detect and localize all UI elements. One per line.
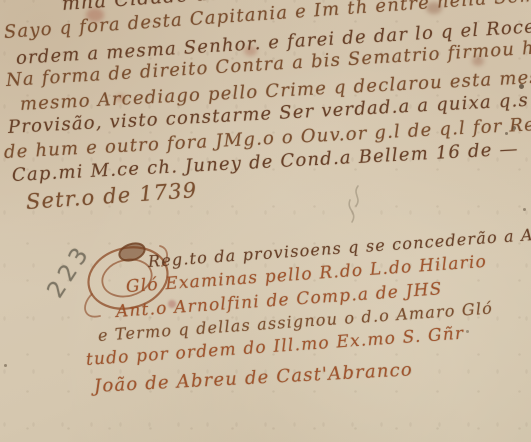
manuscript-page: 223 mha Cidade ao Dedicado Braz D. Salva… [0, 0, 531, 442]
bleedthrough-mark [336, 182, 378, 226]
